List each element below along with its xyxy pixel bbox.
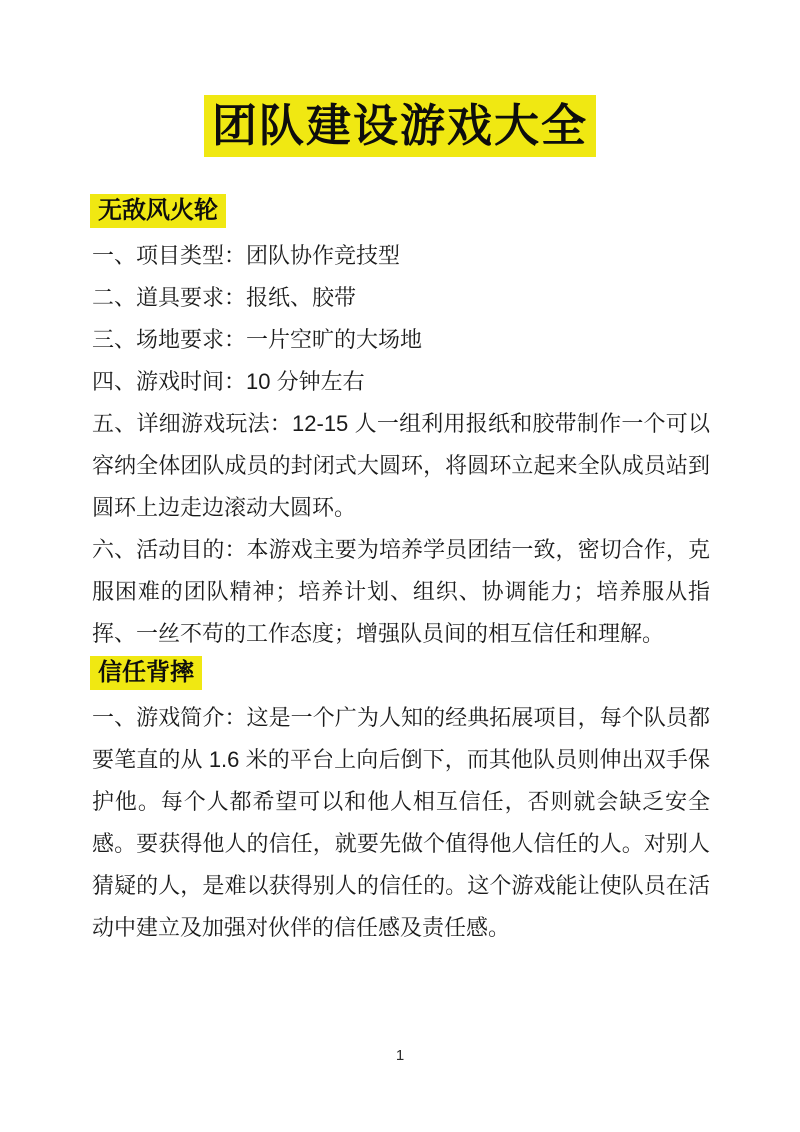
list-item: 一、游戏简介：这是一个广为人知的经典拓展项目，每个队员都要笔直的从 1.6 米的… xyxy=(92,697,710,949)
section-heading-wrap: 信任背摔 xyxy=(92,655,710,697)
document-title-wrap: 团队建设游戏大全 xyxy=(0,95,800,168)
section-trust-fall: 信任背摔 一、游戏简介：这是一个广为人知的经典拓展项目，每个队员都要笔直的从 1… xyxy=(92,655,710,949)
section-heading-wrap: 无敌风火轮 xyxy=(92,193,710,235)
document-page: 团队建设游戏大全 无敌风火轮 一、项目类型：团队协作竞技型 二、道具要求：报纸、… xyxy=(0,0,800,1132)
page-number: 1 xyxy=(0,1046,800,1066)
list-item: 一、项目类型：团队协作竞技型 xyxy=(92,235,710,277)
list-item: 四、游戏时间：10 分钟左右 xyxy=(92,361,710,403)
list-item: 六、活动目的：本游戏主要为培养学员团结一致，密切合作，克服困难的团队精神；培养计… xyxy=(92,529,710,655)
section-invincible-wheel: 无敌风火轮 一、项目类型：团队协作竞技型 二、道具要求：报纸、胶带 三、场地要求… xyxy=(92,193,710,655)
list-item: 二、道具要求：报纸、胶带 xyxy=(92,277,710,319)
section-heading: 信任背摔 xyxy=(90,656,202,690)
section-heading: 无敌风火轮 xyxy=(90,194,226,228)
document-title: 团队建设游戏大全 xyxy=(204,95,596,157)
document-content: 无敌风火轮 一、项目类型：团队协作竞技型 二、道具要求：报纸、胶带 三、场地要求… xyxy=(0,193,800,949)
list-item: 五、详细游戏玩法：12-15 人一组利用报纸和胶带制作一个可以容纳全体团队成员的… xyxy=(92,403,710,529)
list-item: 三、场地要求：一片空旷的大场地 xyxy=(92,319,710,361)
